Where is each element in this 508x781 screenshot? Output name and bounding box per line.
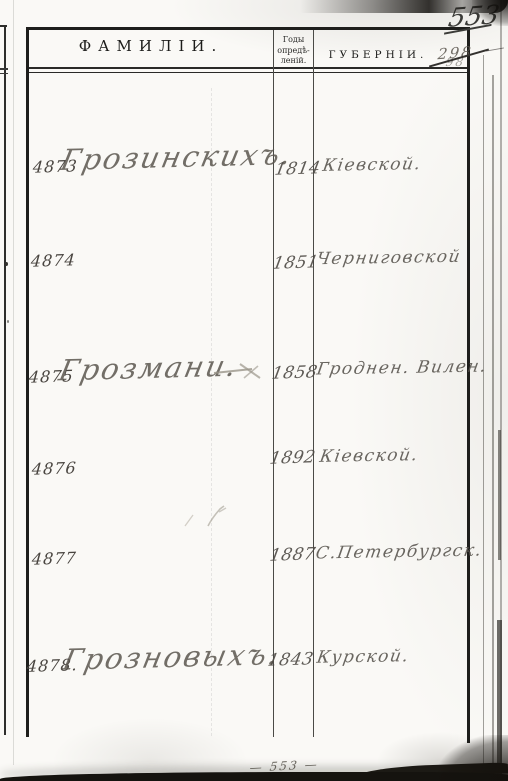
- entry-number: 4877: [31, 548, 77, 569]
- scanned-register-page: ФАМИЛІИ. Годы опредѣ- леній. ГУБЕРНІИ. 5…: [0, 0, 508, 781]
- entry-governorate: Гроднен. Вилен.: [315, 357, 489, 380]
- entry-number: 4876: [31, 458, 77, 479]
- year-column-header: Годы опредѣ- леній.: [274, 35, 313, 67]
- pencil-speck-icon: [182, 510, 198, 530]
- page-edge-line: [483, 55, 484, 781]
- surname-column-header: ФАМИЛІИ.: [29, 37, 273, 55]
- page-edge-line: [492, 75, 494, 781]
- previous-page-border: [4, 26, 6, 735]
- entry-governorate: Курской.: [315, 646, 411, 668]
- header-rule-1: [29, 67, 467, 69]
- column-divider-2: [313, 30, 314, 737]
- entry-year: 1892: [268, 447, 317, 469]
- entry-year: 1858: [270, 362, 319, 384]
- table-top-border: [26, 27, 470, 30]
- table-right-border: [467, 27, 470, 743]
- pencil-tick-icon: [202, 500, 234, 532]
- entry-governorate: С.Петербургск.: [314, 541, 484, 564]
- entry-number: 4874: [30, 250, 76, 271]
- entry-governorate: Кіевской.: [321, 154, 423, 176]
- scan-bottom-corner-shadow: [438, 735, 508, 781]
- ink-speck: [5, 262, 8, 266]
- header-rule-2: [29, 72, 467, 73]
- entry-governorate: Кіевской.: [318, 445, 420, 467]
- page-edge-shadow: [498, 430, 501, 560]
- entry-year: 1851: [271, 252, 320, 274]
- entry-year: 1887: [268, 544, 317, 566]
- page-fold-edge: [13, 0, 14, 765]
- crossed-out-number: 298 98: [434, 44, 494, 74]
- pencil-strike-arrow-icon: [212, 358, 262, 386]
- entry-surname: Грозновыхъ.: [60, 637, 283, 677]
- scan-top-corner-shadow: [472, 0, 508, 26]
- previous-page-top-border: [0, 25, 7, 27]
- ink-speck: [7, 320, 9, 323]
- governorate-column-header: ГУБЕРНІИ.: [314, 49, 442, 61]
- previous-page-header-rule-2: [0, 73, 8, 74]
- entry-year: 1843: [266, 649, 315, 671]
- entry-year: 1814: [273, 158, 322, 180]
- entry-governorate: Черниговской: [315, 247, 462, 270]
- entry-surname: Грозинскихъ.: [58, 137, 296, 177]
- previous-page-header-rule-1: [0, 68, 8, 70]
